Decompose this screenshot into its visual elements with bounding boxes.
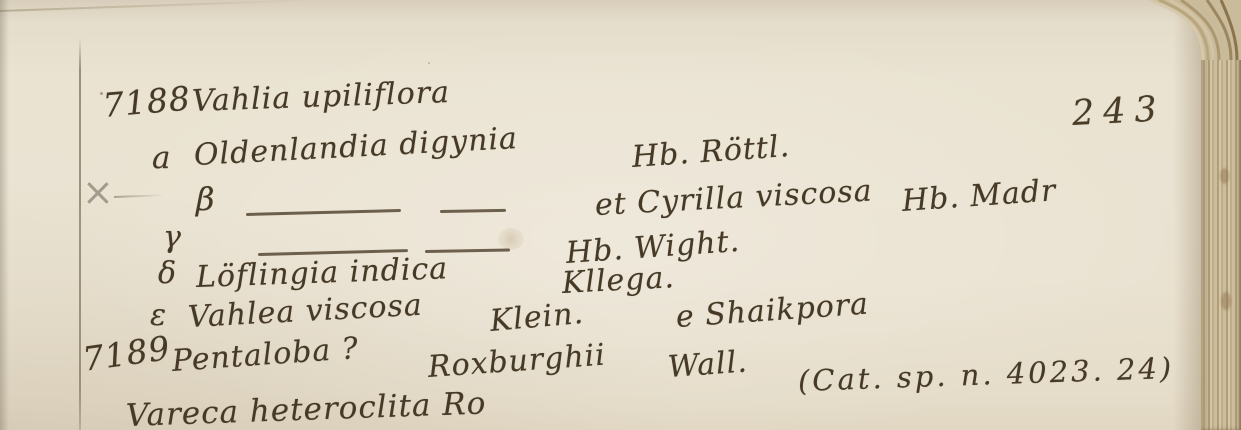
entry-7189-number: 7189 (80, 328, 173, 379)
edge-stain (1221, 292, 1231, 310)
page-top-edge-line (0, 0, 310, 12)
ditto-dash (440, 209, 506, 213)
variety-delta-letter: δ (158, 256, 177, 291)
variety-beta-herbarium: Hb. Madr (901, 173, 1058, 219)
paper-smudge (498, 228, 524, 250)
variety-alpha-name: Oldenlandia digynia (193, 121, 519, 173)
entry-7189-citation: (Cat. sp. n. 4023. 24) (797, 351, 1174, 398)
left-edge-shadow (0, 0, 9, 430)
pencil-dash (114, 194, 164, 198)
entry-7189-authority: Wall. (667, 344, 749, 384)
page-gutter-shadow (1173, 0, 1203, 430)
page-number: 243 (1071, 89, 1167, 134)
variety-epsilon-name: Vahlea viscosa (187, 288, 423, 335)
variety-alpha-letter: a (152, 140, 171, 176)
margin-rule-line (79, 38, 81, 430)
variety-beta-letter: β (196, 180, 216, 218)
entry-7188-number: 7188 (101, 78, 192, 125)
edge-stain (1220, 168, 1229, 184)
ink-speck (428, 62, 430, 64)
ditto-dash (246, 209, 401, 216)
book-fore-edge (1201, 50, 1241, 430)
variety-epsilon-authority: Klein. (488, 296, 585, 339)
variety-delta-authority: Kllega. (561, 260, 676, 301)
variety-epsilon-locality: e Shaikpora (675, 287, 870, 335)
variety-gamma-letter: γ (163, 220, 182, 255)
entry-7189-synonym-partial: Vareca heteroclita Ro (125, 385, 487, 430)
entry-7188-name: Vahlia upiliflora (191, 75, 450, 119)
binding-threads-icon (1091, 0, 1241, 60)
variety-alpha-herbarium: Hb. Röttl. (631, 129, 791, 175)
variety-beta-addition: et Cyrilla viscosa (594, 173, 873, 222)
pencil-x-mark: × (82, 170, 115, 214)
manuscript-page: 7188 Vahlia upiliflora 243 a Oldenlandia… (0, 0, 1241, 430)
entry-7189-name: Pentaloba ? (171, 331, 360, 379)
entry-7189-species: Roxburghii (427, 338, 607, 385)
